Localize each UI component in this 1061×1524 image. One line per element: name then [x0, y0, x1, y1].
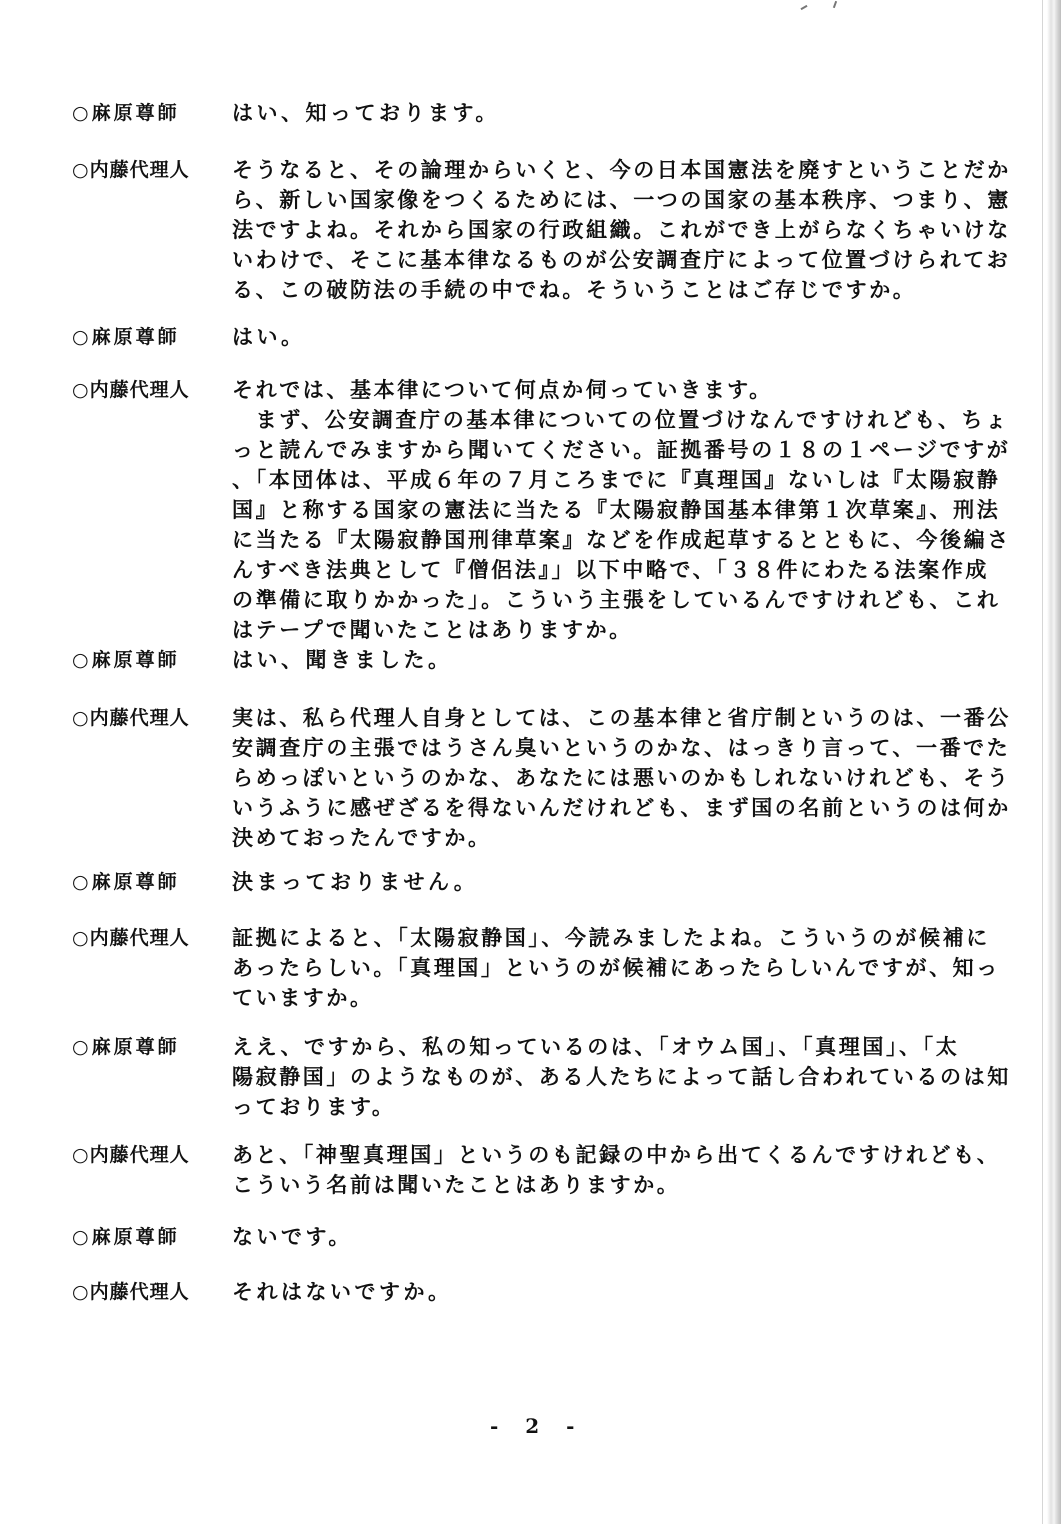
- speech-text: ええ、ですから、私の知っているのは、「オウム国」、「真理国」、「太 陽寂静国」の…: [232, 1032, 992, 1122]
- speech-text: それはないですか。: [232, 1277, 992, 1307]
- speech-line: 陽寂静国」のようなものが、ある人たちによって話し合われているのは知: [232, 1062, 992, 1092]
- speaker-label: ○内藤代理人: [72, 1277, 190, 1307]
- speaker-label: ○麻原尊師: [72, 867, 180, 897]
- speaker-label: ○内藤代理人: [72, 923, 190, 953]
- speaker-label: ○麻原尊師: [72, 1032, 180, 1062]
- speech-line: はテープで聞いたことはありますか。: [232, 615, 992, 645]
- speech-line: こういう名前は聞いたことはありますか。: [232, 1170, 992, 1200]
- speech-text: 実は、私ら代理人自身としては、この基本律と省庁制というのは、一番公 安調査庁の主…: [232, 703, 992, 853]
- speech-line: まず、公安調査庁の基本律についての位置づけなんですけれども、ちょ: [232, 405, 992, 435]
- speech-line: あと、「神聖真理国」というのも記録の中から出てくるんですけれども、: [232, 1140, 992, 1170]
- speech-text: 証拠によると、「太陽寂静国」、今読みましたよね。こういうのが候補に あったらしい…: [232, 923, 992, 1013]
- speech-line: いわけで、そこに基本律なるものが公安調査庁によって位置づけられてお: [232, 245, 992, 275]
- speech-line: っと読んでみますから聞いてください。証拠番号の１８の１ページですが: [232, 435, 992, 465]
- speech-text: それでは、基本律について何点か伺っていきます。 まず、公安調査庁の基本律について…: [232, 375, 992, 645]
- speech-line: それでは、基本律について何点か伺っていきます。: [232, 375, 992, 405]
- speech-line: らめっぽいというのかな、あなたには悪いのかもしれないけれども、そう: [232, 763, 992, 793]
- speech-line: あったらしい。「真理国」というのが候補にあったらしいんですが、知っ: [232, 953, 992, 983]
- speech-line: ないです。: [232, 1222, 992, 1252]
- speech-line: 法ですよね。それから国家の行政組織。これができ上がらなくちゃいけな: [232, 215, 992, 245]
- speaker-label: ○内藤代理人: [72, 375, 190, 405]
- speech-line: ら、新しい国家像をつくるためには、一つの国家の基本秩序、つまり、憲: [232, 185, 992, 215]
- speech-line: いうふうに感ぜざるを得ないんだけれども、まず国の名前というのは何か: [232, 793, 992, 823]
- speech-line: はい、知っております。: [232, 98, 992, 128]
- speech-text: はい、知っております。: [232, 98, 992, 128]
- speech-line: っております。: [232, 1092, 992, 1122]
- speech-line: 実は、私ら代理人自身としては、この基本律と省庁制というのは、一番公: [232, 703, 992, 733]
- speech-line: 、「本団体は、平成６年の７月ころまでに『真理国』ないしは『太陽寂静: [232, 465, 992, 495]
- speech-line: 決めておったんですか。: [232, 823, 992, 853]
- speech-text: はい、聞きました。: [232, 645, 992, 675]
- speech-text: 決まっておりません。: [232, 867, 992, 897]
- page-number: - 2 -: [490, 1414, 584, 1438]
- speech-text: そうなると、その論理からいくと、今の日本国憲法を廃すということだか ら、新しい国…: [232, 155, 992, 305]
- speech-line: 決まっておりません。: [232, 867, 992, 897]
- speech-text: ないです。: [232, 1222, 992, 1252]
- speaker-label: ○麻原尊師: [72, 1222, 180, 1252]
- speaker-label: ○麻原尊師: [72, 98, 180, 128]
- speaker-label: ○麻原尊師: [72, 322, 180, 352]
- page-edge-shadow: [1047, 0, 1061, 1524]
- speech-text: はい。: [232, 322, 992, 352]
- speech-line: 安調査庁の主張ではうさん臭いというのかな、はっきり言って、一番でた: [232, 733, 992, 763]
- speech-line: ええ、ですから、私の知っているのは、「オウム国」、「真理国」、「太: [232, 1032, 992, 1062]
- scan-mark: [800, 5, 807, 10]
- speech-line: んすべき法典として『僧侶法』」以下中略で、「３８件にわたる法案作成: [232, 555, 992, 585]
- speaker-label: ○麻原尊師: [72, 645, 180, 675]
- speaker-label: ○内藤代理人: [72, 155, 190, 185]
- speech-line: の準備に取りかかった」。こういう主張をしているんですけれども、これ: [232, 585, 992, 615]
- speech-line: 国』と称する国家の憲法に当たる『太陽寂静国基本律第１次草案』、刑法: [232, 495, 992, 525]
- speech-line: はい、聞きました。: [232, 645, 992, 675]
- speech-line: る、この破防法の手続の中でね。そういうことはご存じですか。: [232, 275, 992, 305]
- speech-line: 証拠によると、「太陽寂静国」、今読みましたよね。こういうのが候補に: [232, 923, 992, 953]
- speech-line: に当たる『太陽寂静国刑律草案』などを作成起草するとともに、今後編さ: [232, 525, 992, 555]
- speech-line: それはないですか。: [232, 1277, 992, 1307]
- speaker-label: ○内藤代理人: [72, 703, 190, 733]
- speaker-label: ○内藤代理人: [72, 1140, 190, 1170]
- scan-mark: [833, 1, 837, 8]
- speech-line: そうなると、その論理からいくと、今の日本国憲法を廃すということだか: [232, 155, 992, 185]
- speech-line: はい。: [232, 322, 992, 352]
- speech-text: あと、「神聖真理国」というのも記録の中から出てくるんですけれども、 こういう名前…: [232, 1140, 992, 1200]
- speech-line: ていますか。: [232, 983, 992, 1013]
- page-edge-line: [1042, 0, 1043, 1524]
